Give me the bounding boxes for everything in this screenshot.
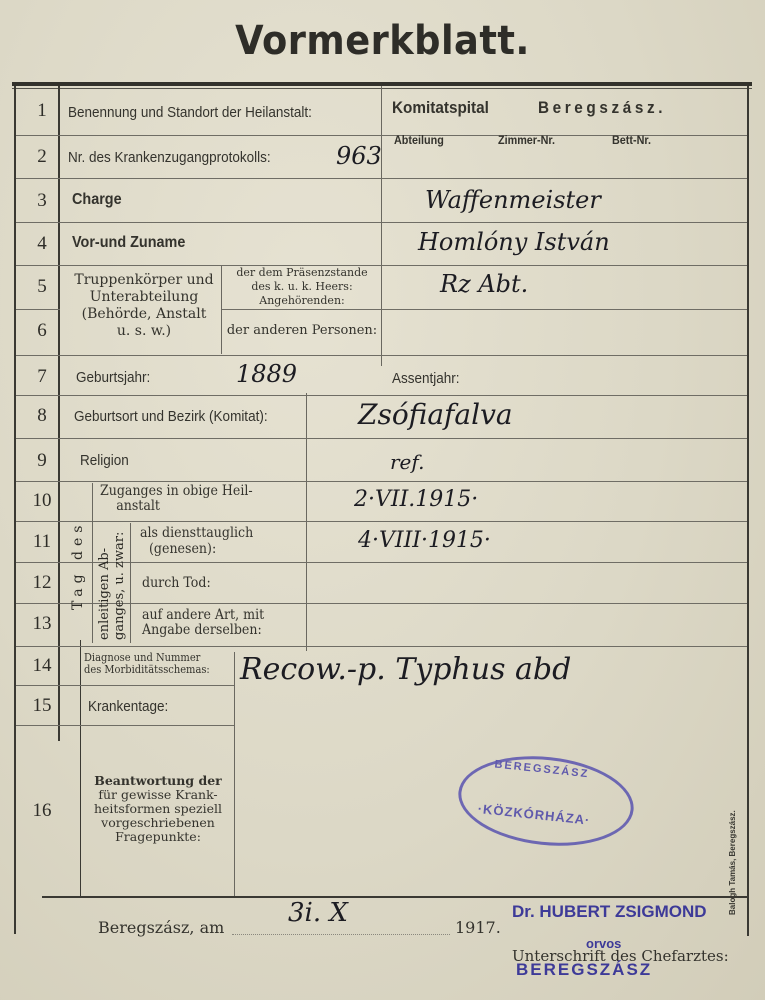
subheader-zimmer: Zimmer-Nr. (498, 133, 555, 147)
value-komitatspital: Komitatspital (392, 98, 489, 118)
doctor-stamp-city: BEREGSZÁSZ (516, 960, 652, 980)
value-geburtsort: Zsófiafalva (358, 398, 513, 431)
row-line (222, 309, 747, 310)
tagdes-divider (92, 483, 93, 643)
subheader-abteilung: Abteilung (394, 133, 444, 147)
row-number-16: 16 (22, 800, 62, 822)
value-beregszasz: Beregszász. (538, 98, 666, 118)
date-line (232, 934, 450, 935)
top-rule (12, 82, 752, 86)
row-number-9: 9 (22, 450, 62, 472)
label-line: Zuganges in obige Heil- (100, 484, 253, 499)
label-line: des Morbiditätsschemas: (84, 664, 210, 676)
top-rule-thin (12, 88, 752, 89)
subheader-bett: Bett-Nr. (612, 133, 651, 147)
row-number-7: 7 (22, 366, 62, 388)
label-line: für gewisse Krank- (84, 788, 232, 802)
label-line: (genesen): (140, 541, 253, 557)
label-line: Angehörenden: (222, 294, 382, 308)
value-diagnose: Recow.-p. Typhus abd (240, 652, 571, 687)
row-number-10: 10 (22, 490, 62, 512)
form-title: Vormerkblatt. (31, 18, 735, 64)
label-charge: Charge (72, 191, 122, 209)
stamp-bottom-text: ·KÖZKÓRHÁZA· (477, 801, 591, 828)
label-andere-art: auf andere Art, mit Angabe derselben: (142, 608, 264, 638)
row-line (16, 355, 747, 356)
label-truppenkoerper: Truppenkörper und Unterabteilung (Behörd… (64, 272, 224, 340)
label-line: vorgeschriebenen (84, 816, 232, 830)
row-line (16, 725, 234, 726)
label-diensttauglich: als diensttauglich (genesen): (140, 525, 253, 557)
label-assentjahr: Assentjahr: (392, 370, 460, 387)
label-heilanstalt: Benennung und Standort der Heilanstalt: (68, 104, 312, 121)
label-line: enleitigen Ab- (97, 532, 112, 640)
value-truppenkoerper: Rz Abt. (440, 270, 528, 298)
footer-year: 1917. (455, 918, 501, 937)
row-number-2: 2 (22, 146, 62, 168)
row-number-12: 12 (22, 572, 62, 594)
label-tod: durch Tod: (142, 575, 211, 591)
row-line (16, 646, 747, 647)
row-number-14: 14 (22, 655, 62, 677)
value-column-divider-mid (306, 393, 307, 651)
value-charge: Waffenmeister (425, 186, 601, 214)
row-line (16, 395, 747, 396)
hospital-stamp: BEREGSZÁSZ ·KÖZKÓRHÁZA· (454, 748, 638, 854)
row-number-6: 6 (22, 320, 62, 342)
row-number-5: 5 (22, 276, 62, 298)
row-number-3: 3 (22, 190, 62, 212)
label-line: Angabe derselben: (142, 623, 264, 638)
row-number-4: 4 (22, 233, 62, 255)
label-line: Unterabteilung (64, 289, 224, 306)
value-geburtsjahr: 1889 (236, 360, 297, 388)
label-krankentage: Krankentage: (88, 698, 168, 715)
label-line: Fragepunkte: (84, 830, 232, 844)
row-line (16, 438, 747, 439)
label-line: Beantwortung der (84, 774, 232, 788)
printer-imprint: Balogh Tamás, Beregszász. (728, 810, 737, 915)
label-praesenzstand: der dem Präsenzstande des k. u. k. Heers… (222, 266, 382, 308)
label-line: auf andere Art, mit (142, 608, 264, 623)
label-name: Vor-und Zuname (72, 234, 185, 252)
value-abgang: 4·VIII·1915· (358, 528, 491, 553)
label-beantwortung: Beantwortung der für gewisse Krank- heit… (84, 774, 232, 844)
row-number-8: 8 (22, 405, 62, 427)
doctor-stamp-name: Dr. HUBERT ZSIGMOND (512, 902, 707, 922)
label-line: Truppenkörper und (64, 272, 224, 289)
label-tag-des: Tag des (70, 521, 86, 610)
value-name: Homlóny István (418, 228, 610, 256)
stamp-top-text: BEREGSZÁSZ (494, 758, 590, 780)
label-line: ganges, u. zwar: (112, 532, 127, 640)
label-geburtsjahr: Geburtsjahr: (76, 369, 150, 386)
label-abgang: enleitigen Ab- ganges, u. zwar: (97, 532, 127, 640)
footer-date: 3i. X (288, 898, 348, 928)
abgang-divider (130, 523, 131, 643)
row-number-11: 11 (22, 531, 62, 553)
frame-left (14, 86, 16, 934)
number-column-divider-lower (80, 640, 81, 896)
label-line: der dem Präsenzstande (222, 266, 382, 280)
label-line: anstalt (100, 499, 253, 514)
row-number-1: 1 (22, 100, 62, 122)
value-zugang: 2·VII.1915· (354, 487, 478, 512)
label-zugang: Zuganges in obige Heil- anstalt (100, 484, 253, 514)
frame-right (747, 86, 749, 936)
value-column-divider-low (234, 652, 235, 897)
footer-place: Beregszász, am (98, 918, 224, 937)
row-line (16, 222, 747, 223)
row-line (16, 685, 234, 686)
row-number-13: 13 (22, 613, 62, 635)
row-line (16, 178, 747, 179)
row-line (16, 521, 747, 522)
label-line: heitsformen speziell (84, 802, 232, 816)
value-religion: ref. (390, 450, 424, 474)
label-religion: Religion (80, 452, 129, 469)
bottom-rule (42, 896, 747, 898)
row-line (16, 481, 747, 482)
row-number-15: 15 (22, 695, 62, 717)
label-protokoll: Nr. des Krankenzugangprotokolls: (68, 149, 271, 166)
label-diagnose: Diagnose und Nummer des Morbiditätsschem… (84, 652, 210, 676)
label-line: u. s. w.) (64, 323, 224, 340)
label-line: des k. u. k. Heers: (222, 280, 382, 294)
label-geburtsort: Geburtsort und Bezirk (Komitat): (74, 408, 268, 425)
label-line: als diensttauglich (140, 525, 253, 541)
row-line (16, 309, 60, 310)
value-protokoll-nr: 963 (336, 142, 382, 170)
label-line: (Behörde, Anstalt (64, 306, 224, 323)
label-andere-personen: der anderen Personen: (222, 323, 382, 338)
